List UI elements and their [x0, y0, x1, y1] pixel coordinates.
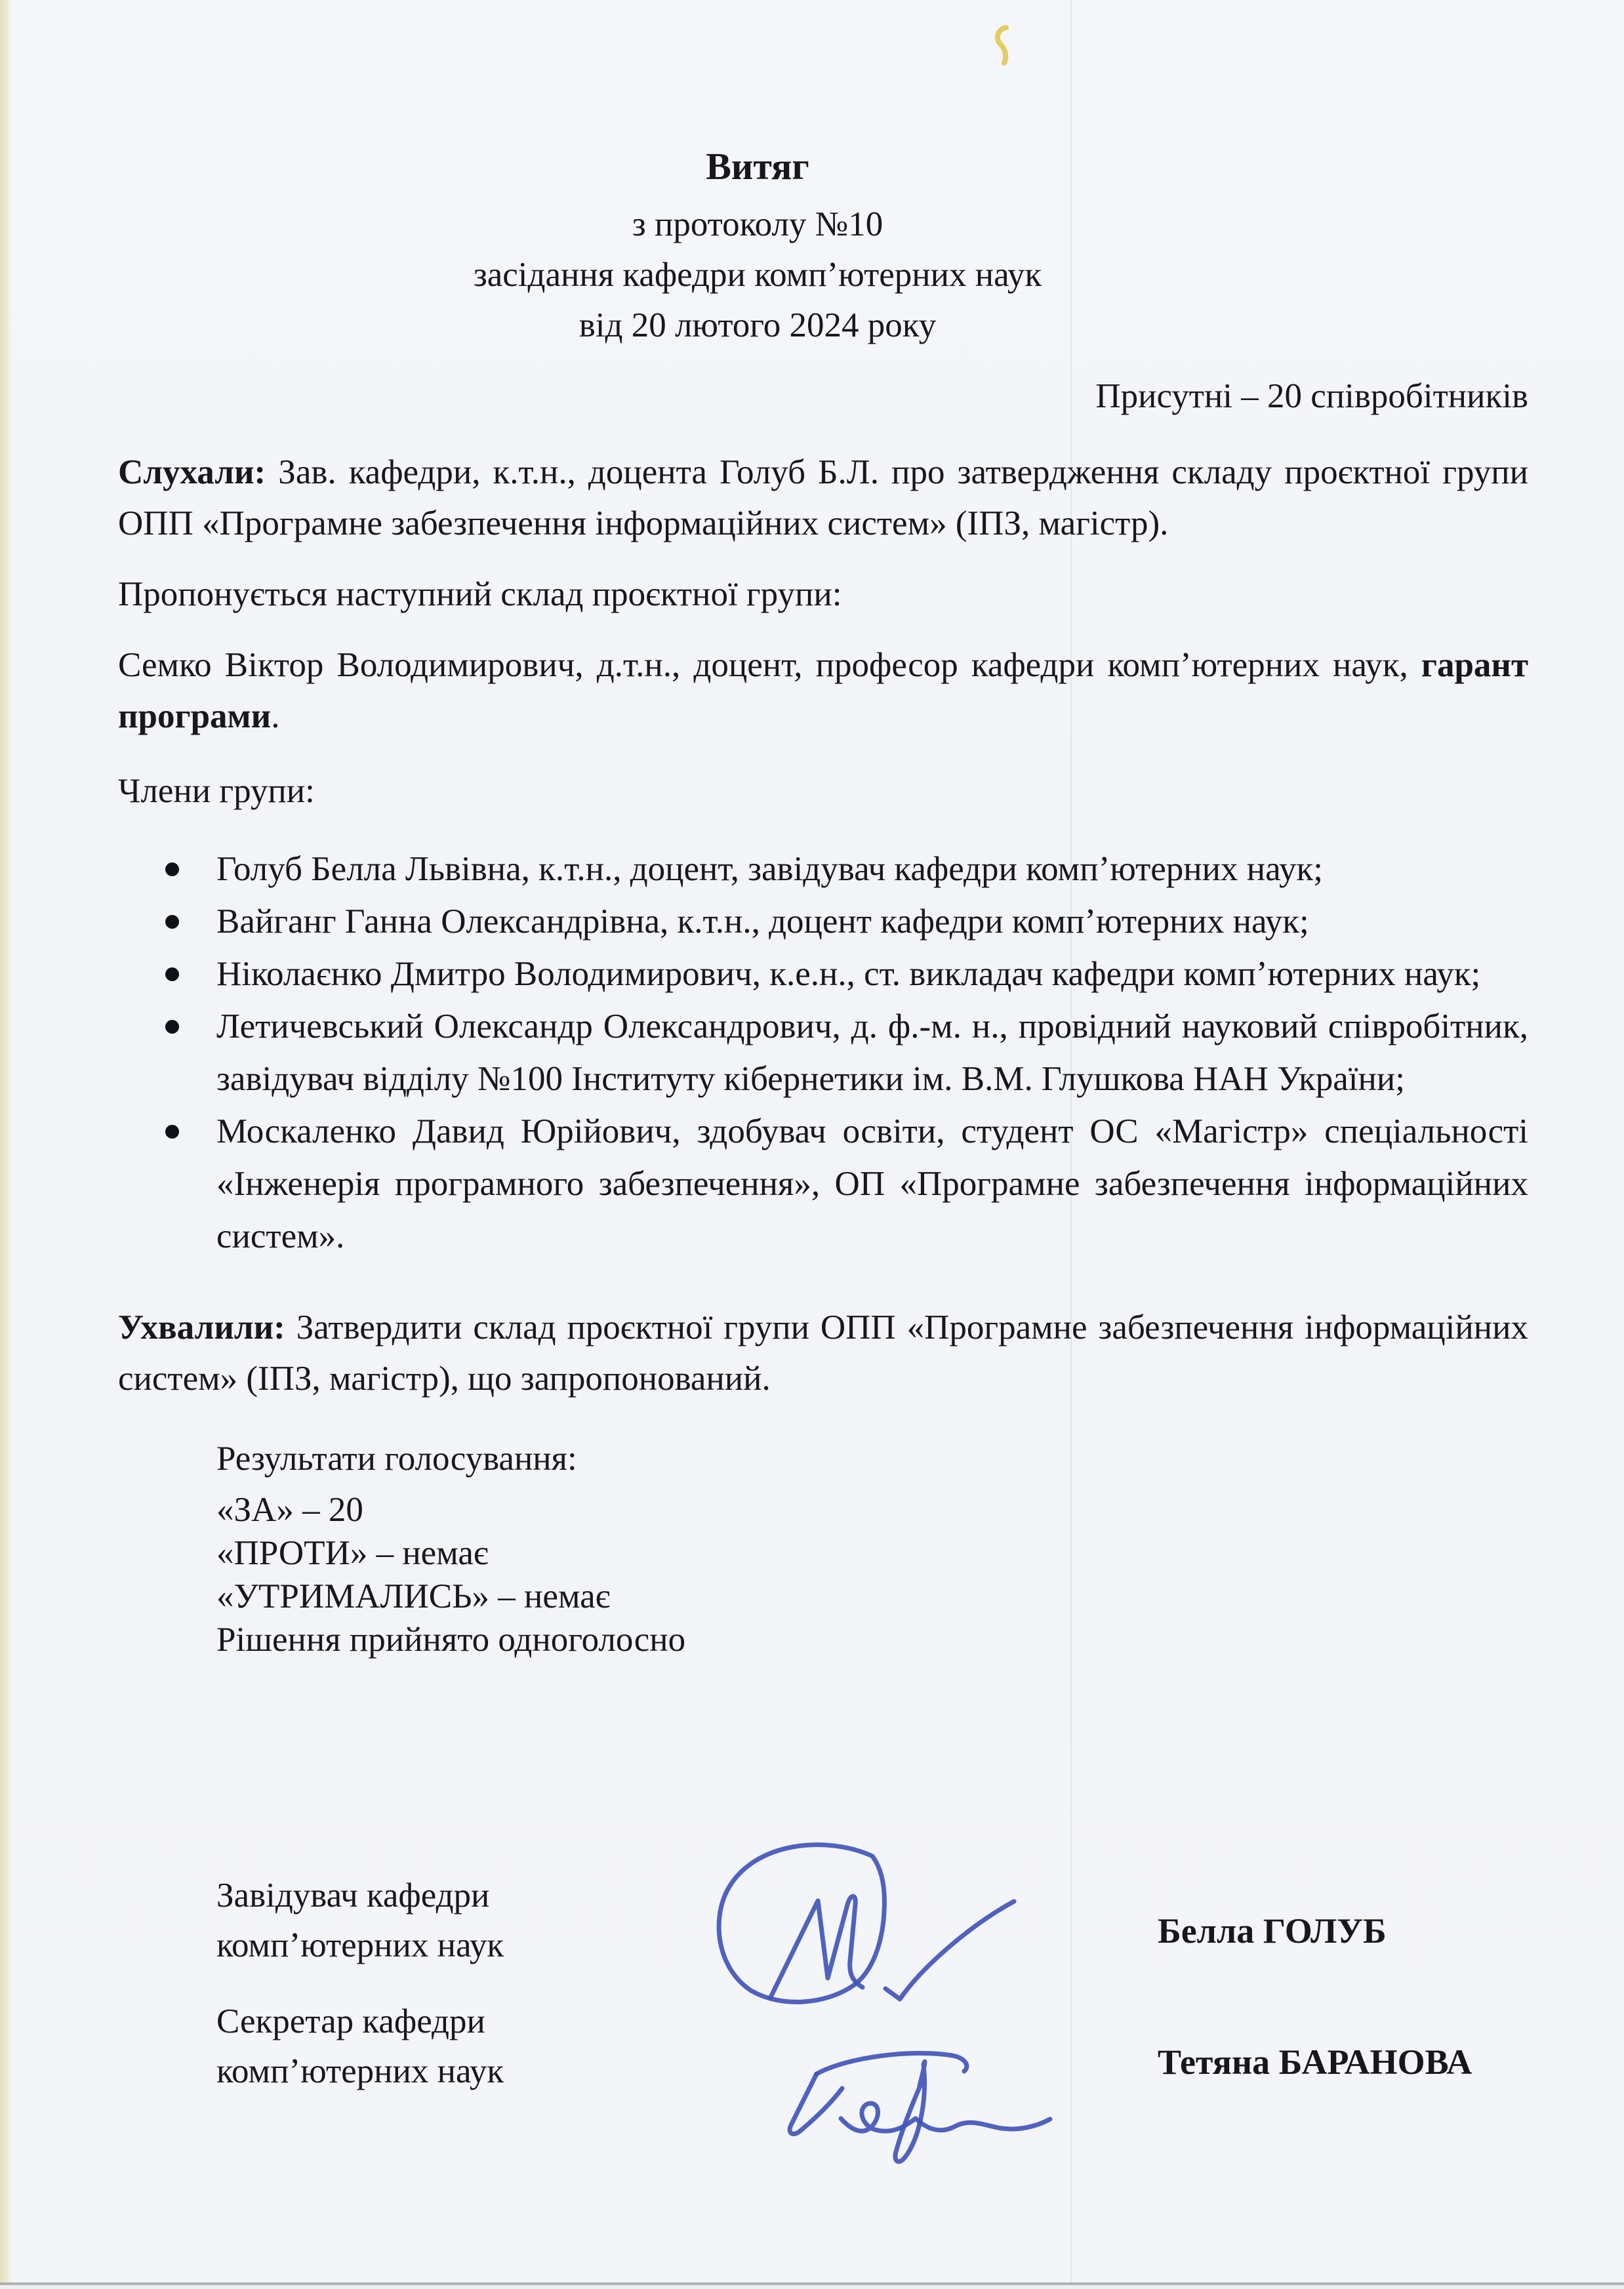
members-label: Члени групи: [118, 765, 1528, 817]
meeting-date-line: від 20 лютого 2024 року [52, 300, 1463, 351]
signer-role-line: комп’ютерних наук [216, 2046, 504, 2096]
bullet-icon [165, 915, 179, 929]
bullet-icon [165, 1125, 179, 1139]
vote-decision-line: Рішення прийнято одноголосно [216, 1618, 1528, 1661]
list-item: Москаленко Давид Юрійович, здобувач осві… [118, 1105, 1528, 1263]
signer-name-golub: Белла ГОЛУБ [1158, 1910, 1387, 1952]
present-count-line: Присутні – 20 співробітників [118, 371, 1528, 422]
member-text: Москаленко Давид Юрійович, здобувач осві… [216, 1112, 1528, 1255]
list-item: Голуб Белла Львівна, к.т.н., доцент, зав… [118, 843, 1528, 895]
guarantor-text: Семко Віктор Володимирович, д.т.н., доце… [118, 646, 1421, 684]
proposal-line: Пропонується наступний склад проєктної г… [118, 569, 1528, 620]
meeting-subject-line: засідання кафедри комп’ютерних наук [52, 250, 1463, 300]
scanner-edge-bottom-line [0, 2282, 1624, 2285]
member-text: Ніколаєнко Дмитро Володимирович, к.е.н.,… [216, 955, 1480, 993]
heard-lead-label: Слухали: [118, 453, 266, 491]
members-list: Голуб Белла Львівна, к.т.н., доцент, зав… [118, 843, 1528, 1263]
vote-against-line: «ПРОТИ» – немає [216, 1531, 1528, 1575]
bullet-icon [165, 1020, 179, 1034]
resolved-lead-label: Ухвалили: [118, 1308, 285, 1347]
document-title: Витяг [52, 0, 1463, 194]
document-body: Витяг з протоколу №10 засідання кафедри … [118, 0, 1528, 1661]
signer-role-line: Секретар кафедри [216, 1996, 504, 2046]
signer-role-line: комп’ютерних наук [216, 1920, 504, 1970]
member-text: Голуб Белла Львівна, к.т.н., доцент, зав… [216, 850, 1323, 888]
scanner-edge-left [0, 0, 12, 2289]
heard-text: Зав. кафедри, к.т.н., доцента Голуб Б.Л.… [118, 453, 1528, 542]
signer-name-baranova: Тетяна БАРАНОВА [1158, 2041, 1472, 2083]
scanned-document-page: Витяг з протоколу №10 засідання кафедри … [0, 0, 1624, 2289]
list-item: Ніколаєнко Дмитро Володимирович, к.е.н.,… [118, 948, 1528, 1000]
resolved-paragraph: Ухвалили: Затвердити склад проєктної гру… [118, 1302, 1528, 1404]
bullet-icon [165, 967, 179, 981]
protocol-number-line: з протоколу №10 [52, 199, 1463, 250]
signature-ink-baranova [781, 2033, 1069, 2168]
list-item: Летичевський Олександр Олександрович, д.… [118, 1000, 1528, 1105]
signer-role-head-of-department: Завідувач кафедри комп’ютерних наук [216, 1871, 504, 1970]
vote-abstained-line: «УТРИМАЛИСЬ» – немає [216, 1575, 1528, 1618]
member-text: Вайганг Ганна Олександрівна, к.т.н., доц… [216, 902, 1309, 941]
guarantor-period: . [271, 697, 279, 735]
member-text: Летичевський Олександр Олександрович, д.… [216, 1007, 1528, 1098]
vote-for-line: «ЗА» – 20 [216, 1488, 1528, 1531]
bullet-icon [165, 862, 179, 876]
resolved-text: Затвердити склад проєктної групи ОПП «Пр… [118, 1308, 1528, 1398]
signer-role-secretary: Секретар кафедри комп’ютерних наук [216, 1996, 504, 2096]
signer-role-line: Завідувач кафедри [216, 1871, 504, 1920]
voting-results-block: «ЗА» – 20 «ПРОТИ» – немає «УТРИМАЛИСЬ» –… [118, 1488, 1528, 1661]
signature-ink-golub [708, 1833, 1036, 2010]
scanner-edge-bottom-paper [0, 2285, 1624, 2289]
voting-results-header: Результати голосування: [118, 1433, 1528, 1484]
guarantor-paragraph: Семко Віктор Володимирович, д.т.н., доце… [118, 639, 1528, 742]
heard-paragraph: Слухали: Зав. кафедри, к.т.н., доцента Г… [118, 447, 1528, 549]
list-item: Вайганг Ганна Олександрівна, к.т.н., доц… [118, 895, 1528, 948]
